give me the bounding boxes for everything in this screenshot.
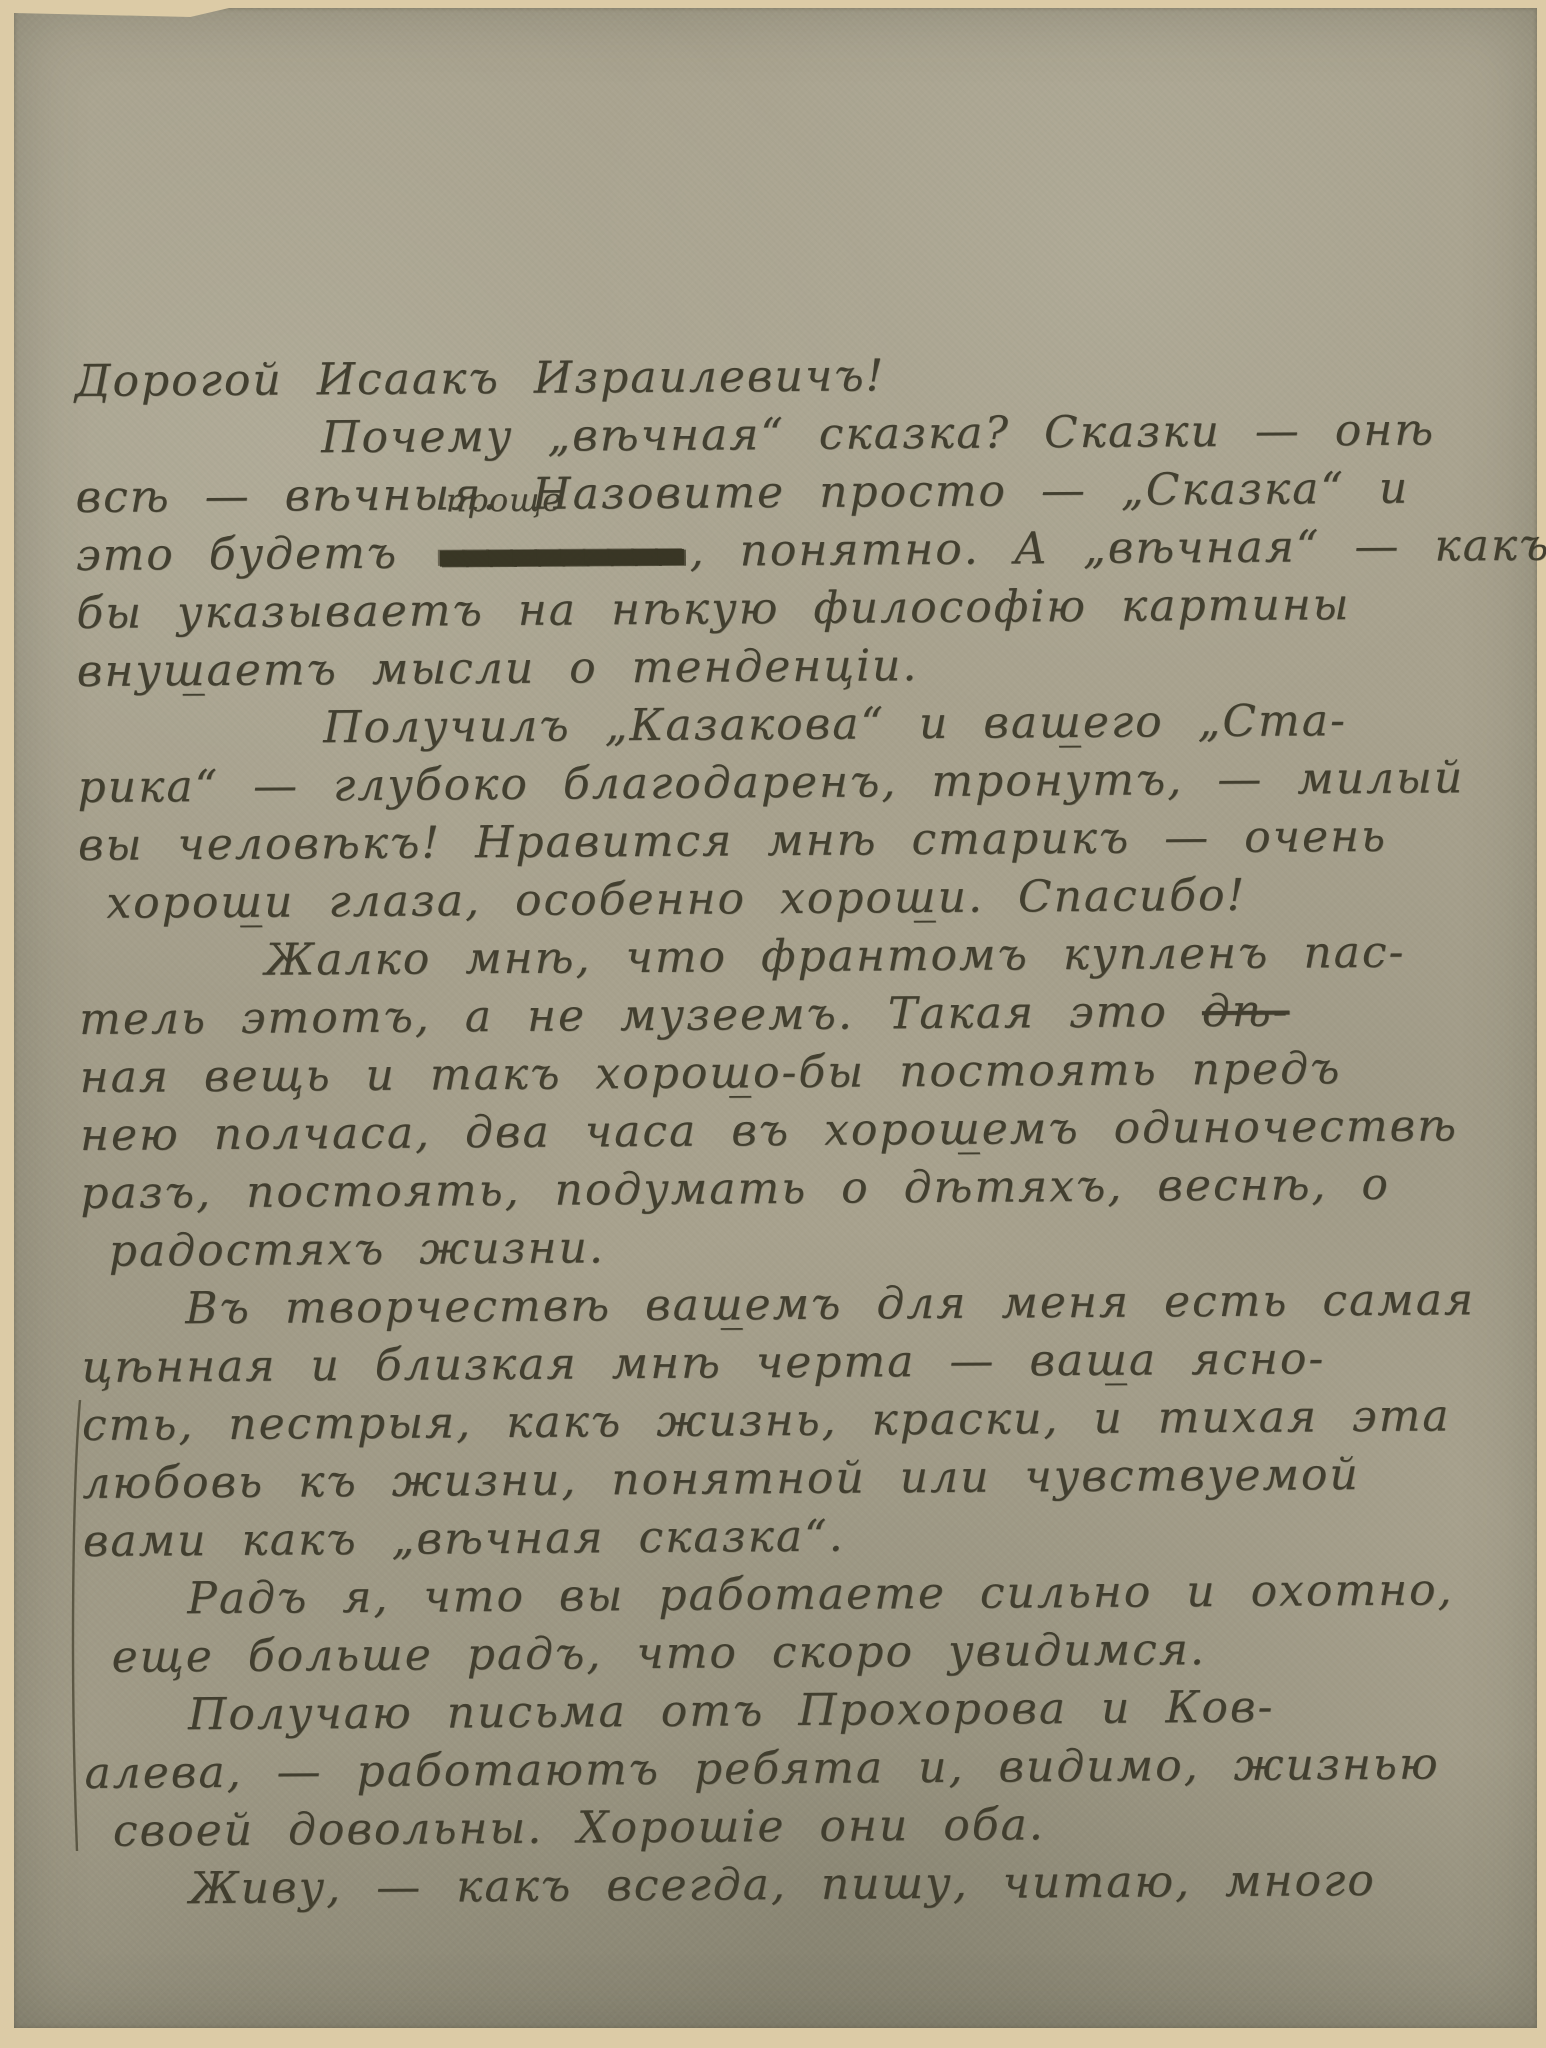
- handwriting-line: тель этотъ, а не музеемъ. Такая это дѣ-: [79, 981, 1510, 1049]
- handwriting-line: разъ, постоять, подумать о дѣтяхъ, веснѣ…: [80, 1155, 1511, 1223]
- handwriting-text: хорош̲и глаза, особенно хорош̲и. Спасибо…: [106, 870, 1246, 929]
- handwriting-text: Почему „вѣчная“ сказка? Сказки — онѣ: [321, 405, 1435, 464]
- handwriting-text: своей довольны. Хорошіе они оба.: [113, 1799, 1045, 1857]
- handwriting-text: нею полчаса, два часа въ хорош̲емъ одино…: [80, 1100, 1458, 1161]
- handwriting-line: всѣ — вѣчныя. Назовите просто — „Сказка“…: [75, 459, 1506, 527]
- handwriting-line: своей довольны. Хорошіе они оба.: [85, 1793, 1516, 1861]
- handwriting-text: вами какъ „вѣчная сказка“.: [83, 1511, 845, 1567]
- handwriting-line: Радъ я, что вы работаете сильно и охотно…: [83, 1561, 1514, 1629]
- handwriting-text: алева, — работаютъ ребята и, видимо, жиз…: [84, 1739, 1439, 1799]
- handwriting-text: это будетъ: [76, 528, 433, 581]
- handwriting-text: Дорогой Исаакъ Израилевичъ!: [75, 350, 886, 407]
- handwriting-line: хорош̲и глаза, особенно хорош̲и. Спасибо…: [78, 865, 1509, 933]
- handwriting-line: Въ творчествѣ ваш̲емъ для меня есть сама…: [81, 1271, 1512, 1339]
- handwriting: Дорогой Исаакъ Израилевичъ!Почему „вѣчна…: [75, 343, 1517, 1919]
- handwriting-line: алева, — работаютъ ребята и, видимо, жиз…: [84, 1735, 1515, 1803]
- handwriting-text: Получаю письма отъ Прохорова и Ков-: [188, 1682, 1275, 1741]
- handwriting-line: внуш̲аетъ мысли о тенденціи.: [77, 633, 1508, 701]
- handwriting-text: цѣнная и близкая мнѣ черта — ваш̲а ясно-: [81, 1333, 1325, 1393]
- handwriting-line: Жалко мнѣ, что франтомъ купленъ пас-: [79, 923, 1510, 991]
- handwriting-text: радостяхъ жизни.: [109, 1222, 605, 1276]
- handwriting-line: еще больше радъ, что скоро увидимся.: [83, 1619, 1514, 1687]
- handwriting-text: рика“ — глубоко благодаренъ, тронутъ, — …: [77, 752, 1464, 813]
- handwriting-line: радостяхъ жизни.: [81, 1213, 1512, 1281]
- handwriting-line: нею полчаса, два часа въ хорош̲емъ одино…: [80, 1097, 1511, 1165]
- handwriting-line: Почему „вѣчная“ сказка? Сказки — онѣ: [75, 401, 1506, 469]
- struckthrough-word: дѣ-: [1202, 986, 1290, 1038]
- letter-plate: Дорогой Исаакъ Израилевичъ!Почему „вѣчна…: [14, 8, 1537, 2028]
- handwriting-text: Въ творчествѣ ваш̲емъ для меня есть сама…: [185, 1274, 1475, 1334]
- handwriting-line: цѣнная и близкая мнѣ черта — ваш̲а ясно-: [81, 1329, 1512, 1397]
- handwriting-line: бы указываетъ на нѣкую философію картины: [76, 575, 1507, 643]
- handwriting-line: Получаю письма отъ Прохорова и Ков-: [84, 1677, 1515, 1745]
- handwriting-text: сть, пестрыя, какъ жизнь, краски, и тиха…: [82, 1390, 1451, 1451]
- handwriting-text: вы человѣкъ! Нравится мнѣ старикъ — очен…: [78, 811, 1387, 871]
- handwriting-text: бы указываетъ на нѣкую философію картины: [76, 579, 1351, 639]
- handwriting-line: Живу, — какъ всегда, пишу, читаю, много: [85, 1851, 1516, 1919]
- handwriting-text: Получилъ „Казакова“ и ваш̲его „Ста-: [323, 695, 1347, 753]
- handwriting-text: любовь къ жизни, понятной или чувствуемо…: [82, 1449, 1360, 1509]
- handwriting-line: любовь къ жизни, понятной или чувствуемо…: [82, 1445, 1513, 1513]
- strikeout-scribble: ██████████проще: [440, 523, 682, 586]
- interlinear-insertion: проще: [446, 484, 563, 517]
- handwriting-text: всѣ — вѣчныя. Назовите просто — „Сказка“…: [75, 463, 1409, 523]
- handwriting-line: рика“ — глубоко благодаренъ, тронутъ, — …: [77, 749, 1508, 817]
- handwriting-line: это будетъ ██████████проще, понятно. А „…: [76, 517, 1507, 585]
- handwriting-line: вы человѣкъ! Нравится мнѣ старикъ — очен…: [78, 807, 1509, 875]
- handwriting-text: разъ, постоять, подумать о дѣтяхъ, веснѣ…: [80, 1159, 1390, 1219]
- handwriting-text: внуш̲аетъ мысли о тенденціи.: [77, 640, 919, 697]
- handwriting-text: Радъ я, что вы работаете сильно и охотно…: [187, 1564, 1454, 1624]
- handwriting-text: Живу, — какъ всегда, пишу, читаю, много: [189, 1855, 1376, 1914]
- handwriting-text: тель этотъ, а не музеемъ. Такая это: [79, 986, 1202, 1045]
- handwriting-line: вами какъ „вѣчная сказка“.: [83, 1503, 1514, 1571]
- handwriting-line: ная вещь и такъ хорош̲о-бы постоять пред…: [79, 1039, 1510, 1107]
- handwriting-line: сть, пестрыя, какъ жизнь, краски, и тиха…: [82, 1387, 1513, 1455]
- plate-torn-edge: [14, 8, 229, 17]
- strikeout-ink: ██████████: [440, 546, 682, 571]
- handwriting-text: Жалко мнѣ, что франтомъ купленъ пас-: [265, 927, 1406, 986]
- handwriting-line: Дорогой Исаакъ Израилевичъ!: [75, 343, 1506, 411]
- handwriting-line: Получилъ „Казакова“ и ваш̲его „Ста-: [77, 691, 1508, 759]
- handwriting-text: ная вещь и такъ хорош̲о-бы постоять пред…: [79, 1043, 1341, 1103]
- handwriting-text: еще больше радъ, что скоро увидимся.: [111, 1624, 1206, 1683]
- handwriting-text: , понятно. А „вѣчная“ — какъ: [689, 520, 1546, 577]
